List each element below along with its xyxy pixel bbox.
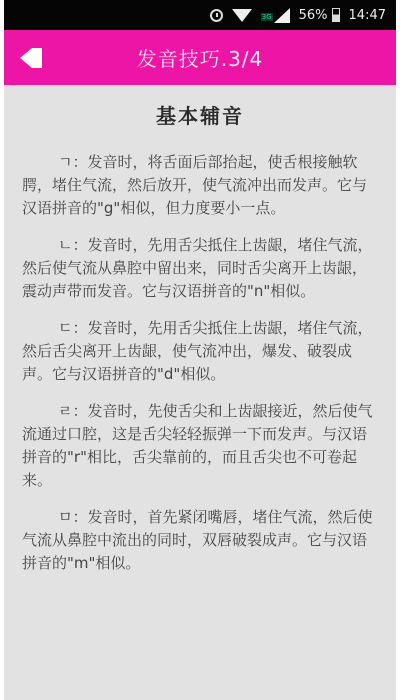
back-button[interactable] — [20, 48, 44, 68]
network-type: 3G — [261, 13, 273, 21]
app-screen: 3G 56% 14:47 发音技巧.3/4 基本辅音 ㄱ：发音时，将舌面后部抬起… — [4, 0, 396, 700]
back-arrow-icon — [20, 48, 32, 68]
signal-icon: 3G — [261, 8, 290, 23]
paragraph-digeut: ㄷ：发音时，先用舌尖抵住上齿龈，堵住气流，然后舌尖离开上齿龈，使气流冲出，爆发、… — [22, 317, 378, 386]
wifi-icon — [232, 9, 252, 22]
paragraph-rieul: ㄹ：发音时，先使舌尖和上齿龈接近，然后使气流通过口腔，这是舌尖轻轻振弹一下而发声… — [22, 400, 378, 492]
back-arrow-icon-bar — [32, 48, 42, 68]
app-header: 发音技巧.3/4 — [4, 30, 396, 85]
status-bar: 3G 56% 14:47 — [4, 0, 396, 30]
section-heading: 基本辅音 — [22, 100, 378, 129]
paragraph-mieum: ㅁ：发音时，首先紧闭嘴唇，堵住气流，然后使气流从鼻腔中流出的同时，双唇破裂成声。… — [22, 506, 378, 575]
paragraph-nieun: ㄴ：发音时，先用舌尖抵住上齿龈，堵住气流，然后使气流从鼻腔中留出来，同时舌尖离开… — [22, 234, 378, 303]
clock: 14:47 — [349, 8, 386, 23]
paragraph-giyeok: ㄱ：发音时，将舌面后部抬起，使舌根接触软腭，堵住气流，然后放开，使气流冲出而发声… — [22, 151, 378, 220]
lesson-content[interactable]: 基本辅音 ㄱ：发音时，将舌面后部抬起，使舌根接触软腭，堵住气流，然后放开，使气流… — [4, 88, 396, 700]
battery-icon — [330, 8, 340, 22]
battery-percent: 56% — [299, 8, 328, 23]
alarm-icon — [210, 9, 223, 22]
page-title: 发音技巧.3/4 — [137, 43, 264, 72]
